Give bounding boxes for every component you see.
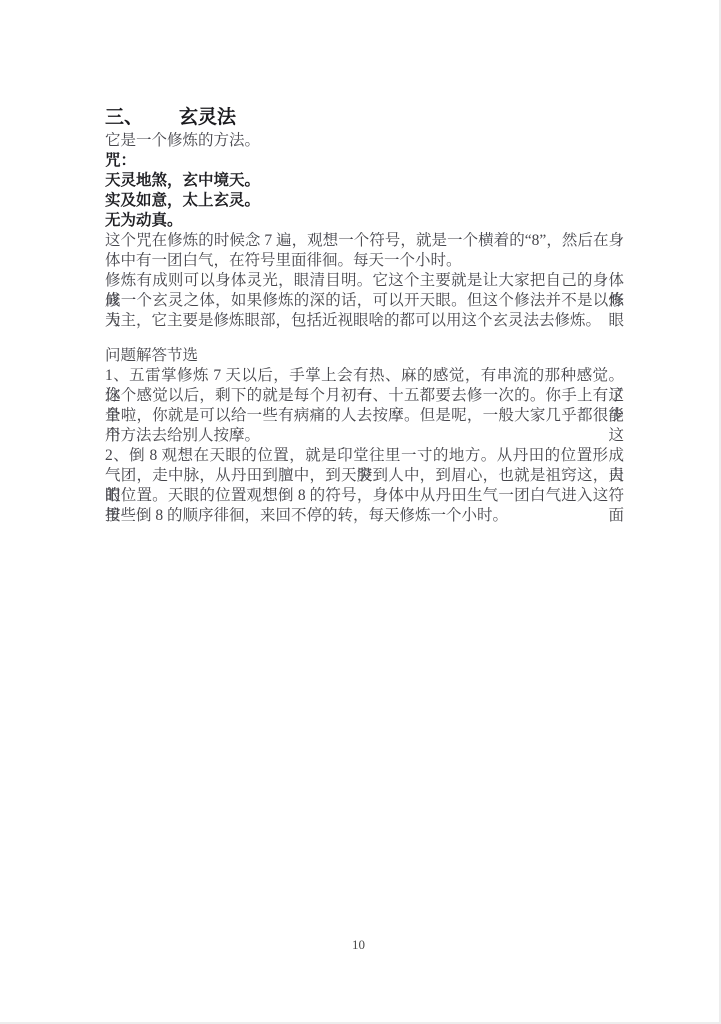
doc-line: 为主，它主要是修炼眼部，包括近视眼啥的都可以用这个玄灵法去修炼。 — [105, 311, 624, 331]
doc-line: 无为动真。 — [105, 211, 624, 231]
doc-line: 修炼有成则可以身体灵光，眼清目明。它这个主要就是让大家把自己的身体修炼 — [105, 271, 624, 291]
doc-lines: 它是一个修炼的方法。咒：天灵地煞，玄中境天。实及如意，太上玄灵。无为动真。这个咒… — [105, 131, 624, 526]
page-content: 三、玄灵法 它是一个修炼的方法。咒：天灵地煞，玄中境天。实及如意，太上玄灵。无为… — [105, 104, 624, 526]
doc-line: 这个咒在修炼的时候念 7 遍，观想一个符号，就是一个横着的“8”，然后在身 — [105, 231, 624, 251]
doc-line: 量啦，你就是可以给一些有病痛的人去按摩。但是呢，一般大家几乎都很少用这 — [105, 406, 624, 426]
section-heading: 三、玄灵法 — [105, 104, 624, 131]
doc-line: 咒： — [105, 151, 624, 171]
document-page: 三、玄灵法 它是一个修炼的方法。咒：天灵地煞，玄中境天。实及如意，太上玄灵。无为… — [0, 0, 721, 1024]
paragraph-spacer — [105, 331, 624, 346]
doc-line: 问题解答节选 — [105, 346, 624, 366]
doc-line: 成一个玄灵之体，如果修炼的深的话，可以开天眼。但这个修法并不是以修天眼 — [105, 291, 624, 311]
doc-line: 气团，走中脉，从丹田到膻中，到天突到人中，到眉心，也就是祖窍这，天眼 — [105, 466, 624, 486]
section-heading-title: 玄灵法 — [179, 107, 236, 128]
doc-line: 体中有一团白气，在符号里面徘徊。每天一个小时。 — [105, 251, 624, 271]
doc-line: 天灵地煞，玄中境天。 — [105, 171, 624, 191]
doc-line: 实及如意，太上玄灵。 — [105, 191, 624, 211]
page-number: 10 — [0, 937, 717, 953]
section-heading-number: 三、 — [105, 107, 143, 128]
doc-line: 1、五雷掌修炼 7 天以后，手掌上会有热、麻的感觉，有串流的那种感觉。你有了 — [105, 366, 624, 386]
doc-line: 2、倒 8 观想在天眼的位置，就是印堂往里一寸的地方。从丹田的位置形成一股白 — [105, 446, 624, 466]
doc-line: 它是一个修炼的方法。 — [105, 131, 624, 151]
doc-line: 的位置。天眼的位置观想倒 8 的符号，身体中从丹田生气一团白气进入这符里面 — [105, 486, 624, 506]
doc-line: 这个感觉以后，剩下的就是每个月初一、十五都要去修一次的。你手上有这个能 — [105, 386, 624, 406]
